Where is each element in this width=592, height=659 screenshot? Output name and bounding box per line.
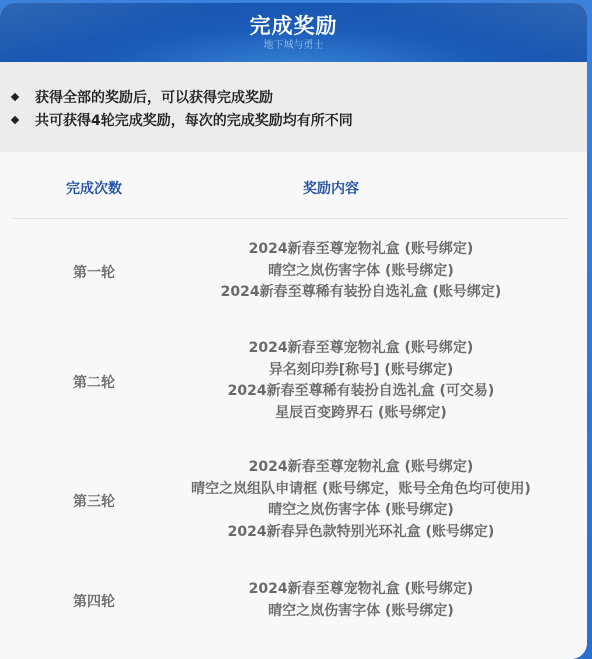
panel-header: 完成奖励 地下城与勇士: [0, 3, 587, 62]
reward-list: 2024新春至尊宠物礼盒 (账号绑定) 异名刻印券[称号] (账号绑定) 202…: [140, 338, 582, 424]
reward-item: 晴空之岚组队申请框 (账号绑定，账号全角色均可使用): [140, 479, 582, 501]
round-label: 第三轮: [73, 493, 123, 511]
column-header-reward: 奖励内容: [303, 180, 359, 198]
rewards-table: 完成次数 奖励内容 第一轮 2024新春至尊宠物礼盒 (账号绑定) 晴空之岚伤害…: [0, 152, 587, 659]
reward-item: 星辰百变跨界石 (账号绑定): [140, 403, 582, 425]
reward-item: 2024新春异色款特别光环礼盒 (账号绑定): [140, 522, 582, 544]
game-subtitle: 地下城与勇士: [0, 39, 587, 53]
reward-item: 2024新春至尊稀有装扮自选礼盒 (可交易): [140, 381, 582, 403]
reward-item: 晴空之岚伤害字体 (账号绑定): [140, 261, 582, 283]
diamond-bullet-icon: [11, 115, 19, 123]
diamond-bullet-icon: [11, 92, 19, 100]
table-header: 完成次数 奖励内容: [11, 152, 567, 219]
page-frame: 完成奖励 地下城与勇士 获得全部的奖励后，可以获得完成奖励 共可获得4轮完成奖励…: [0, 0, 592, 659]
reward-item: 晴空之岚伤害字体 (账号绑定): [140, 601, 582, 623]
completion-rewards-panel: 完成奖励 地下城与勇士 获得全部的奖励后，可以获得完成奖励 共可获得4轮完成奖励…: [0, 3, 587, 659]
intro-note: 共可获得4轮完成奖励，每次的完成奖励均有所不同: [0, 108, 587, 131]
reward-item: 2024新春至尊宠物礼盒 (账号绑定): [140, 338, 582, 360]
column-header-round: 完成次数: [66, 180, 122, 198]
reward-item: 2024新春至尊宠物礼盒 (账号绑定): [140, 457, 582, 479]
reward-item: 2024新春至尊宠物礼盒 (账号绑定): [140, 579, 582, 601]
page-title: 完成奖励: [0, 3, 587, 39]
reward-item: 2024新春至尊稀有装扮自选礼盒 (账号绑定): [140, 282, 582, 304]
reward-list: 2024新春至尊宠物礼盒 (账号绑定) 晴空之岚伤害字体 (账号绑定): [140, 579, 582, 622]
reward-item: 2024新春至尊宠物礼盒 (账号绑定): [140, 239, 582, 261]
round-label: 第四轮: [73, 593, 123, 611]
reward-list: 2024新春至尊宠物礼盒 (账号绑定) 晴空之岚伤害字体 (账号绑定) 2024…: [140, 239, 582, 304]
intro-notes: 获得全部的奖励后，可以获得完成奖励 共可获得4轮完成奖励，每次的完成奖励均有所不…: [0, 62, 587, 152]
intro-note-text: 获得全部的奖励后，可以获得完成奖励: [35, 87, 273, 107]
reward-item: 异名刻印券[称号] (账号绑定): [140, 360, 582, 382]
round-label: 第二轮: [73, 374, 123, 392]
reward-item: 晴空之岚伤害字体 (账号绑定): [140, 500, 582, 522]
intro-note-text: 共可获得4轮完成奖励，每次的完成奖励均有所不同: [35, 110, 353, 130]
reward-list: 2024新春至尊宠物礼盒 (账号绑定) 晴空之岚组队申请框 (账号绑定，账号全角…: [140, 457, 582, 543]
round-label: 第一轮: [73, 264, 123, 282]
intro-note: 获得全部的奖励后，可以获得完成奖励: [0, 85, 587, 108]
